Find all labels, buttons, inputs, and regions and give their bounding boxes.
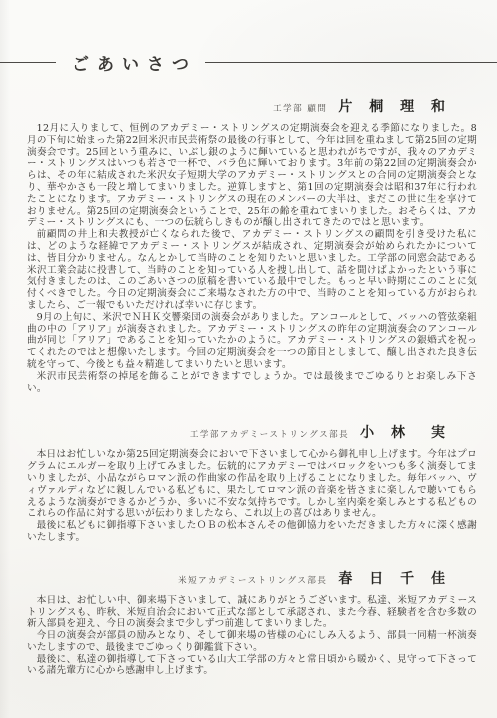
message-kobayashi: 本日はお忙しいなか第25回定期演奏会においで下さいまして心から御礼申し上げます。… <box>27 449 477 543</box>
paragraph: 最後に私どもに御指導下さいましたＯＢの松本さんその他御協力をいただきました方々に… <box>27 520 477 544</box>
paragraph: 前顧問の井上和夫教授が亡くなられた後で、アカデミー・ストリングスの顧問を引き受け… <box>27 229 477 312</box>
page-title: ごあいさつ <box>72 50 197 75</box>
author-name: 小 林 実 <box>360 422 451 442</box>
author-name: 春 日 千 佳 <box>338 568 451 588</box>
paragraph: 米沢市民芸術祭の掉尾を飾ることができますでしょうか。では最後までごゆるりとお楽し… <box>27 371 477 395</box>
author-role: 工学部 顧問 <box>273 102 327 114</box>
scanned-program-page: ごあいさつ 工学部 顧問 片 桐 理 和 12月に入りまして、恒例のアカデミー・… <box>0 0 497 718</box>
paragraph: 12月に入りまして、恒例のアカデミー・ストリングスの定期演奏会を迎える季節になり… <box>27 123 477 229</box>
paragraph: 今日の演奏会が部員の励みとなり、そして御来場の皆様の心にしみ入るよう、部員一同精… <box>27 630 477 654</box>
title-rule-right <box>205 62 497 63</box>
paragraph: 本日はお忙しいなか第25回定期演奏会においで下さいまして心から御礼申し上げます。… <box>27 449 477 520</box>
paragraph: 最後に、私達の御指導して下さっている山大工学部の方々と常日頃から暖かく、見守って… <box>27 654 477 678</box>
message-katagiri: 12月に入りまして、恒例のアカデミー・ストリングスの定期演奏会を迎える季節になり… <box>27 123 477 394</box>
byline-kasuga: 米短アカデミーストリングス部長 春 日 千 佳 <box>27 568 477 588</box>
paragraph: 本日は、お忙しい中、御来場下さいまして、誠にありがとうございます。私達、米短アカ… <box>27 595 477 630</box>
message-kasuga: 本日は、お忙しい中、御来場下さいまして、誠にありがとうございます。私達、米短アカ… <box>27 595 477 678</box>
author-name: 片 桐 理 和 <box>338 96 451 116</box>
title-rule-left <box>0 62 56 63</box>
byline-kobayashi: 工学部アカデミーストリングス部長 小 林 実 <box>27 422 477 442</box>
page-title-row: ごあいさつ <box>0 50 497 75</box>
page-content: 工学部 顧問 片 桐 理 和 12月に入りまして、恒例のアカデミー・ストリングス… <box>0 96 497 677</box>
author-role: 工学部アカデミーストリングス部長 <box>190 428 349 440</box>
paragraph: 9月の上旬に、米沢でＮＨＫ交響楽団の演奏会がありました。アンコールとして、バッハ… <box>27 312 477 371</box>
author-role: 米短アカデミーストリングス部長 <box>178 574 327 586</box>
byline-katagiri: 工学部 顧問 片 桐 理 和 <box>27 96 477 116</box>
